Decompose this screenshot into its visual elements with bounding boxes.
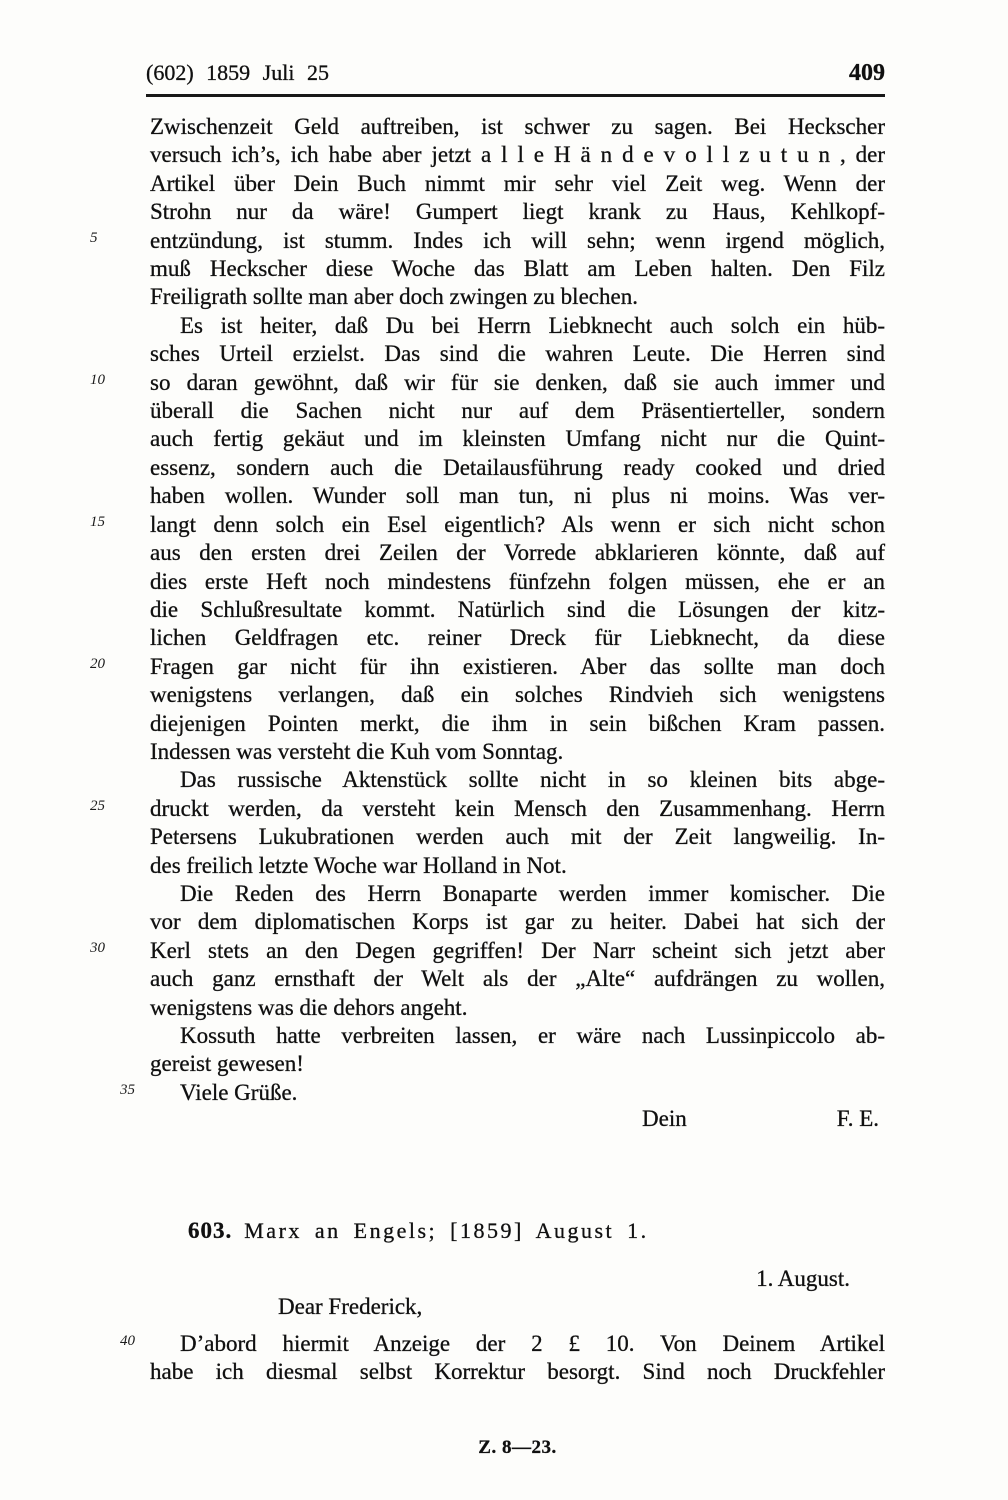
closing-dein: Dein — [642, 1106, 687, 1132]
line-text: Es ist heiter, daß Du bei Herrn Liebknec… — [180, 313, 885, 338]
line-text: überall die Sachen nicht nur auf dem Prä… — [150, 398, 885, 423]
line-text: so daran gewöhnt, daß wir für sie denken… — [150, 370, 885, 395]
letter-salutation: Dear Frederick, — [150, 1294, 885, 1320]
line-text: Artikel über Dein Buch nimmt mir sehr vi… — [150, 171, 885, 196]
letter-603-body: 40D’abord hiermit Anzeige der 2 £ 10. Vo… — [150, 1330, 885, 1387]
line-text: aus den ersten drei Zeilen der Vorrede a… — [150, 540, 885, 565]
text-line: sches Urteil erzielst. Das sind die wahr… — [150, 340, 885, 368]
text-line: Artikel über Dein Buch nimmt mir sehr vi… — [150, 170, 885, 198]
text-line: 25druckt werden, da versteht kein Mensch… — [150, 795, 885, 823]
header-folio: (602) 1859 Juli 25 — [146, 60, 329, 86]
line-text: lichen Geldfragen etc. reiner Dreck für … — [150, 625, 885, 650]
line-text: wenigstens verlangen, daß ein solches Ri… — [150, 682, 885, 707]
text-line: 40D’abord hiermit Anzeige der 2 £ 10. Vo… — [150, 1330, 885, 1358]
text-line: 10so daran gewöhnt, daß wir für sie denk… — [150, 369, 885, 397]
line-text: Indessen was versteht die Kuh vom Sonnta… — [150, 739, 563, 764]
line-text: Freiligrath sollte man aber doch zwingen… — [150, 284, 638, 309]
text-line: 5entzündung, ist stumm. Indes ich will s… — [150, 227, 885, 255]
text-line: gereist gewesen! — [150, 1050, 885, 1078]
line-text: habe ich diesmal selbst Korrektur besorg… — [150, 1359, 885, 1384]
letter-603-heading: 603.Marx an Engels; [1859] August 1. — [150, 1218, 885, 1244]
line-text: entzündung, ist stumm. Indes ich will se… — [150, 228, 885, 253]
text-line: Die Reden des Herrn Bonaparte werden imm… — [150, 880, 885, 908]
text-line: Strohn nur da wäre! Gumpert liegt krank … — [150, 198, 885, 226]
text-line: wenigstens was die dehors angeht. — [150, 994, 885, 1022]
letter-date: 1. August. — [150, 1266, 885, 1292]
line-text: vor dem diplomatischen Korps ist gar zu … — [150, 909, 885, 934]
line-text: sches Urteil erzielst. Das sind die wahr… — [150, 341, 885, 366]
letter-602-closing: Dein F. E. — [150, 1106, 885, 1132]
text-line: Das russische Aktenstück sollte nicht in… — [150, 766, 885, 794]
margin-line-number: 5 — [90, 231, 136, 246]
line-text: versuch ich’s, ich habe aber jetzt a l l… — [150, 142, 885, 167]
text-line: auch fertig gekäut und im kleinsten Umfa… — [150, 425, 885, 453]
closing-initials: F. E. — [837, 1106, 879, 1132]
text-line: Kossuth hatte verbreiten lassen, er wäre… — [150, 1022, 885, 1050]
line-text: essenz, sondern auch die Detailausführun… — [150, 455, 885, 480]
text-line: diejenigen Pointen merkt, die ihm in sei… — [150, 710, 885, 738]
line-text: auch fertig gekäut und im kleinsten Umfa… — [150, 426, 885, 451]
text-line: überall die Sachen nicht nur auf dem Prä… — [150, 397, 885, 425]
margin-line-number: 25 — [90, 799, 136, 814]
text-line: versuch ich’s, ich habe aber jetzt a l l… — [150, 141, 885, 169]
letter-602-body: Zwischenzeit Geld auftreiben, ist schwer… — [150, 113, 885, 1107]
margin-line-number: 15 — [90, 515, 136, 530]
line-text: dies erste Heft noch mindestens fünfzehn… — [150, 569, 885, 594]
line-text: diejenigen Pointen merkt, die ihm in sei… — [150, 711, 885, 736]
line-text: D’abord hiermit Anzeige der 2 £ 10. Von … — [180, 1331, 885, 1356]
page-header: (602) 1859 Juli 25 409 — [146, 60, 885, 97]
line-text: Strohn nur da wäre! Gumpert liegt krank … — [150, 199, 885, 224]
text-line: vor dem diplomatischen Korps ist gar zu … — [150, 908, 885, 936]
margin-line-number: 10 — [90, 373, 136, 388]
line-text: muß Heckscher diese Woche das Blatt am L… — [150, 256, 885, 281]
text-line: Es ist heiter, daß Du bei Herrn Liebknec… — [150, 312, 885, 340]
text-line: wenigstens verlangen, daß ein solches Ri… — [150, 681, 885, 709]
text-line: des freilich letzte Woche war Holland in… — [150, 852, 885, 880]
text-line: 20Fragen gar nicht für ihn existieren. A… — [150, 653, 885, 681]
line-text: Kerl stets an den Degen gegriffen! Der N… — [150, 938, 885, 963]
line-text: auch ganz ernsthaft der Welt als der „Al… — [150, 966, 885, 991]
text-line: 15langt denn solch ein Esel eigentlich? … — [150, 511, 885, 539]
text-line: Indessen was versteht die Kuh vom Sonnta… — [150, 738, 885, 766]
book-page-scan: { "header": { "left": "(602) 1859 Juli 2… — [0, 0, 1008, 1500]
line-text: Viele Grüße. — [180, 1080, 297, 1105]
line-text: gereist gewesen! — [150, 1051, 304, 1076]
text-line: Petersens Lukubrationen werden auch mit … — [150, 823, 885, 851]
margin-line-number: 20 — [90, 657, 136, 672]
letter-title: Marx an Engels; [1859] August 1. — [244, 1218, 648, 1243]
text-line: 30Kerl stets an den Degen gegriffen! Der… — [150, 937, 885, 965]
line-text: langt denn solch ein Esel eigentlich? Al… — [150, 512, 885, 537]
margin-line-number: 30 — [90, 941, 136, 956]
line-text: wenigstens was die dehors angeht. — [150, 995, 467, 1020]
text-line: Freiligrath sollte man aber doch zwingen… — [150, 283, 885, 311]
text-line: die Schlußresultate kommt. Natürlich sin… — [150, 596, 885, 624]
line-text: die Schlußresultate kommt. Natürlich sin… — [150, 597, 885, 622]
text-line: habe ich diesmal selbst Korrektur besorg… — [150, 1358, 885, 1386]
text-line: lichen Geldfragen etc. reiner Dreck für … — [150, 624, 885, 652]
line-text: Petersens Lukubrationen werden auch mit … — [150, 824, 885, 849]
margin-line-number: 35 — [90, 1083, 136, 1098]
text-line: aus den ersten drei Zeilen der Vorrede a… — [150, 539, 885, 567]
margin-line-number: 40 — [90, 1334, 136, 1349]
text-line: muß Heckscher diese Woche das Blatt am L… — [150, 255, 885, 283]
text-line: auch ganz ernsthaft der Welt als der „Al… — [150, 965, 885, 993]
text-line: 35Viele Grüße. — [150, 1079, 885, 1107]
text-line: Zwischenzeit Geld auftreiben, ist schwer… — [150, 113, 885, 141]
line-text: Zwischenzeit Geld auftreiben, ist schwer… — [150, 114, 885, 139]
line-text: Das russische Aktenstück sollte nicht in… — [180, 767, 885, 792]
line-text: Fragen gar nicht für ihn existieren. Abe… — [150, 654, 885, 679]
line-text: haben wollen. Wunder soll man tun, ni pl… — [150, 483, 885, 508]
text-line: dies erste Heft noch mindestens fünfzehn… — [150, 568, 885, 596]
text-line: essenz, sondern auch die Detailausführun… — [150, 454, 885, 482]
line-text: Kossuth hatte verbreiten lassen, er wäre… — [180, 1023, 885, 1048]
printers-signature-mark: Z. 8—23. — [150, 1437, 885, 1459]
header-page-number: 409 — [849, 60, 885, 87]
line-text: des freilich letzte Woche war Holland in… — [150, 853, 567, 878]
line-text: Die Reden des Herrn Bonaparte werden imm… — [180, 881, 885, 906]
letter-number: 603. — [188, 1218, 232, 1243]
line-text: druckt werden, da versteht kein Mensch d… — [150, 796, 885, 821]
text-line: haben wollen. Wunder soll man tun, ni pl… — [150, 482, 885, 510]
